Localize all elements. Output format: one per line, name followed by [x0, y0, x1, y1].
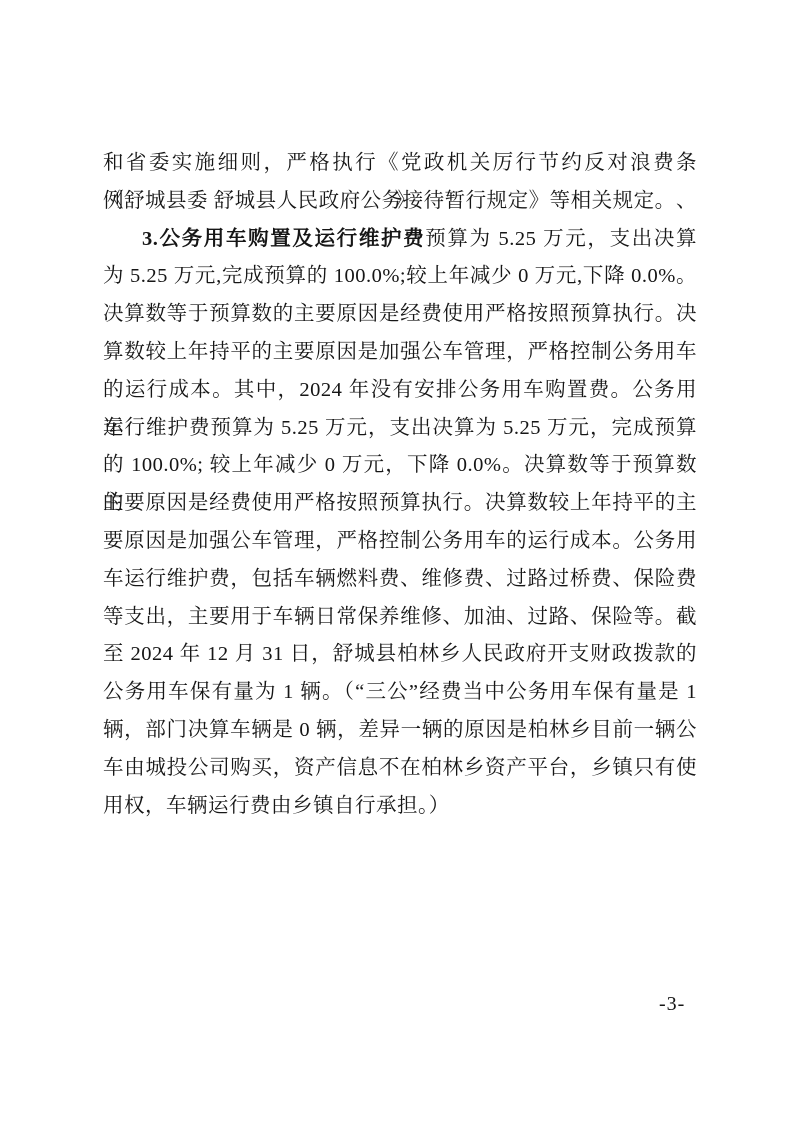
paragraph1-line: 和省委实施细则，严格执行《党政机关厉行节约反对浪费条例》、 — [103, 145, 697, 183]
paragraph2-line: 的运行成本。其中，2024 年没有安排公务用车购置费。公务用车 — [103, 372, 697, 410]
paragraph2-line: 辆，部门决算车辆是 0 辆，差异一辆的原因是柏林乡目前一辆公 — [103, 712, 697, 750]
paragraph2-line: 公务用车保有量为 1 辆。（“三公”经费当中公务用车保有量是 1 — [103, 674, 697, 712]
paragraph2-line: 用权，车辆运行费由乡镇自行承担。） — [103, 788, 697, 826]
paragraph2-line: 算数较上年持平的主要原因是加强公车管理，严格控制公务用车 — [103, 334, 697, 372]
paragraph2-heading-rest: 预算为 5.25 万元，支出决算 — [425, 228, 697, 250]
paragraph2-line: 至 2024 年 12 月 31 日，舒城县柏林乡人民政府开支财政拨款的 — [103, 636, 697, 674]
paragraph1-line: 《舒城县委 舒城县人民政府公务接待暂行规定》等相关规定。 — [103, 183, 697, 221]
paragraph2-line: 主要原因是经费使用严格按照预算执行。决算数较上年持平的主 — [103, 485, 697, 523]
section3-heading: 3.公务用车购置及运行维护费 — [142, 228, 425, 250]
page-number: -3- — [659, 993, 685, 1016]
paragraph2-line: 运行维护费预算为 5.25 万元，支出决算为 5.25 万元，完成预算 — [103, 410, 697, 448]
paragraph2-line: 的 100.0%; 较上年减少 0 万元，下降 0.0%。决算数等于预算数的 — [103, 447, 697, 485]
paragraph2-line: 决算数等于预算数的主要原因是经费使用严格按照预算执行。决 — [103, 296, 697, 334]
paragraph2-heading-line: 3.公务用车购置及运行维护费预算为 5.25 万元，支出决算 — [103, 221, 697, 259]
paragraph2-line: 要原因是加强公车管理，严格控制公务用车的运行成本。公务用 — [103, 523, 697, 561]
paragraph2-line: 等支出，主要用于车辆日常保养维修、加油、过路、保险等。截 — [103, 599, 697, 637]
document-page: 和省委实施细则，严格执行《党政机关厉行节约反对浪费条例》、 《舒城县委 舒城县人… — [0, 0, 793, 1122]
paragraph2-line: 车由城投公司购买，资产信息不在柏林乡资产平台，乡镇只有使 — [103, 750, 697, 788]
paragraph2-line: 为 5.25 万元,完成预算的 100.0%;较上年减少 0 万元,下降 0.0… — [103, 258, 697, 296]
paragraph2-line: 车运行维护费，包括车辆燃料费、维修费、过路过桥费、保险费 — [103, 561, 697, 599]
document-body: 和省委实施细则，严格执行《党政机关厉行节约反对浪费条例》、 《舒城县委 舒城县人… — [103, 145, 697, 825]
